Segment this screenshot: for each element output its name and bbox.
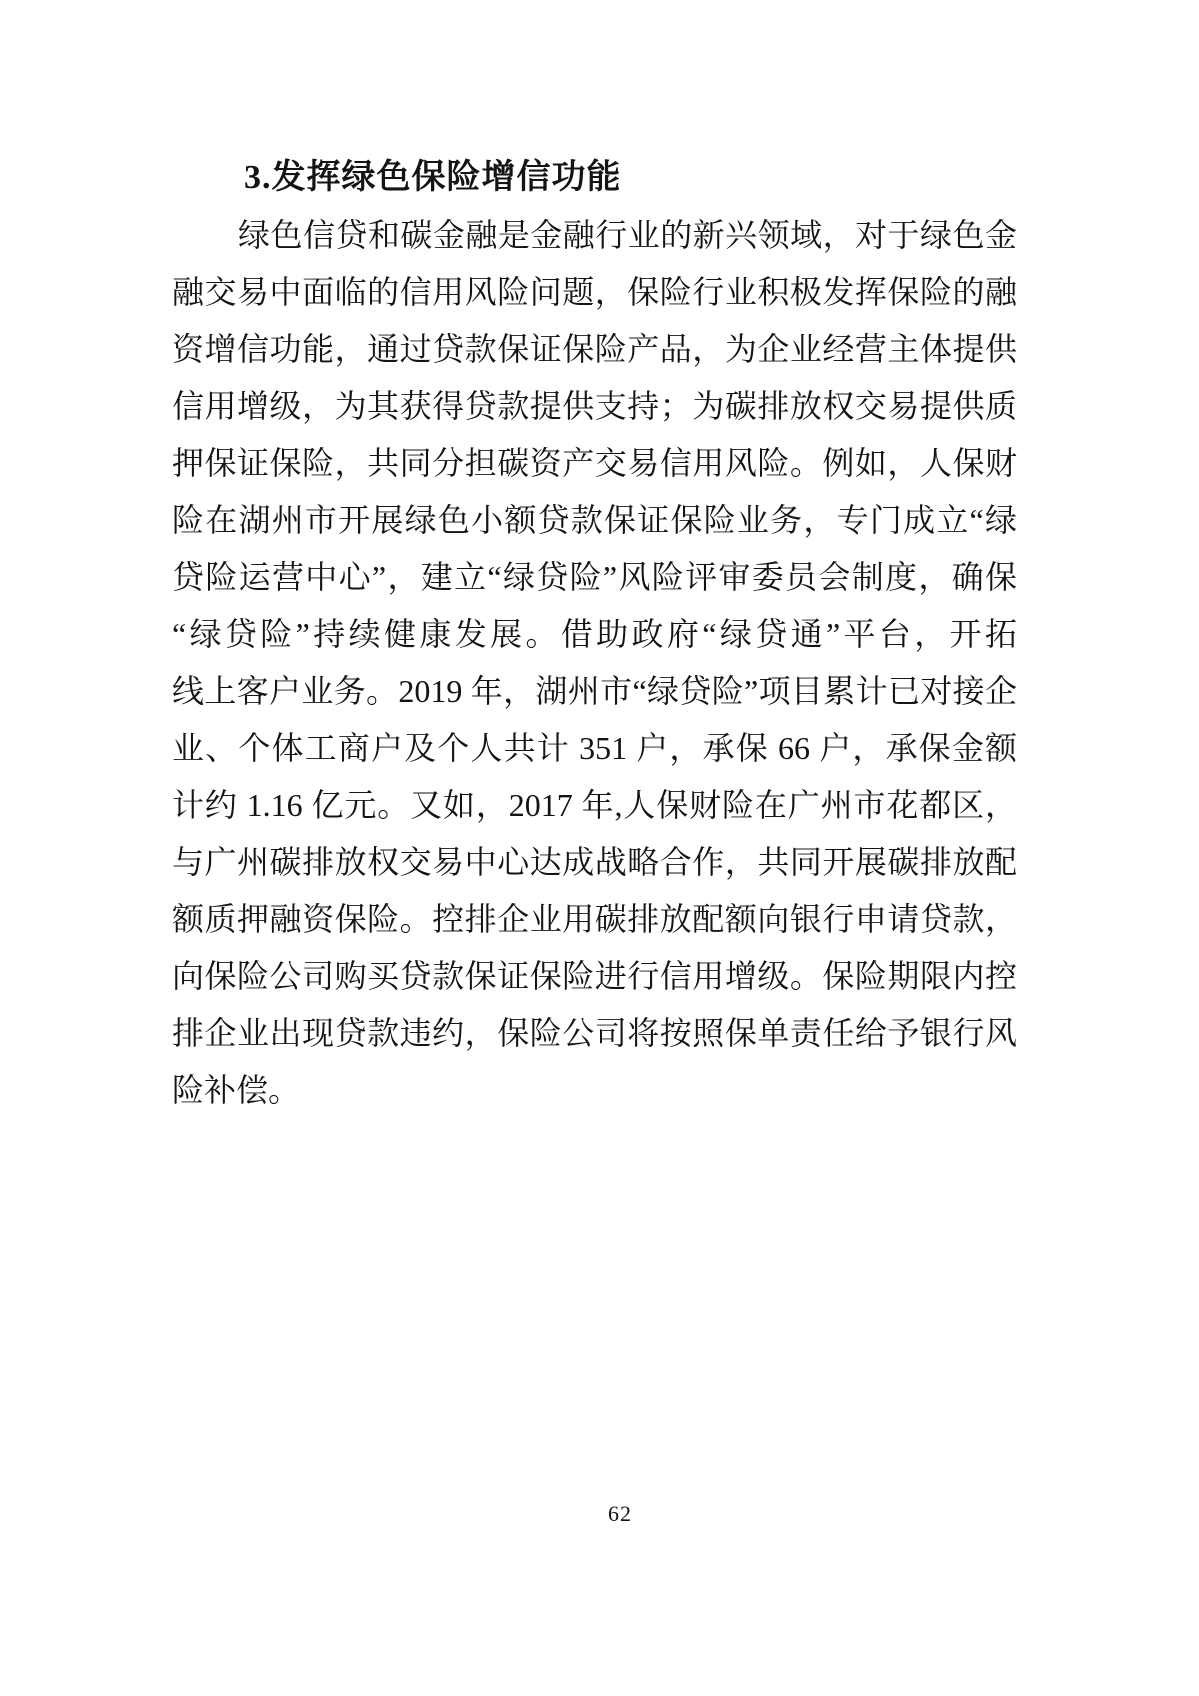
paragraph-line: 资增信功能，通过贷款保证保险产品，为企业经营主体提供	[172, 321, 1017, 378]
paragraph-line: 押保证保险，共同分担碳资产交易信用风险。例如，人保财	[172, 435, 1017, 492]
paragraph-line: 绿色信贷和碳金融是金融行业的新兴领域，对于绿色金	[172, 207, 1017, 264]
paragraph-line: 与广州碳排放权交易中心达成战略合作，共同开展碳排放配	[172, 834, 1017, 891]
paragraph-line: 信用增级，为其获得贷款提供支持；为碳排放权交易提供质	[172, 378, 1017, 435]
paragraph-line: 融交易中面临的信用风险问题，保险行业积极发挥保险的融	[172, 264, 1017, 321]
paragraph-line: 线上客户业务。2019 年，湖州市“绿贷险”项目累计已对接企	[172, 663, 1017, 720]
section-heading: 3.发挥绿色保险增信功能	[172, 149, 1089, 206]
page-number: 62	[600, 1500, 640, 1528]
paragraph-line: 向保险公司购买贷款保证保险进行信用增级。保险期限内控	[172, 948, 1017, 1005]
paragraph-line: 险在湖州市开展绿色小额贷款保证保险业务，专门成立“绿	[172, 492, 1017, 549]
paragraph-line: 排企业出现贷款违约，保险公司将按照保单责任给予银行风	[172, 1005, 1017, 1062]
paragraph-line: 贷险运营中心”，建立“绿贷险”风险评审委员会制度，确保	[172, 549, 1017, 606]
document-page: 3.发挥绿色保险增信功能 绿色信贷和碳金融是金融行业的新兴领域，对于绿色金 融交…	[0, 0, 1199, 1696]
paragraph-line: 业、个体工商户及个人共计 351 户，承保 66 户，承保金额总	[172, 720, 1017, 777]
paragraph-line: 额质押融资保险。控排企业用碳排放配额向银行申请贷款，	[172, 891, 1017, 948]
paragraph-line: 计约 1.16 亿元。又如，2017 年,人保财险在广州市花都区，	[172, 777, 1017, 834]
paragraph-line: 险补偿。	[172, 1062, 1017, 1119]
body-paragraph: 绿色信贷和碳金融是金融行业的新兴领域，对于绿色金 融交易中面临的信用风险问题，保…	[172, 207, 1017, 1119]
paragraph-line: “绿贷险”持续健康发展。借助政府“绿贷通”平台，开拓	[172, 606, 1017, 663]
